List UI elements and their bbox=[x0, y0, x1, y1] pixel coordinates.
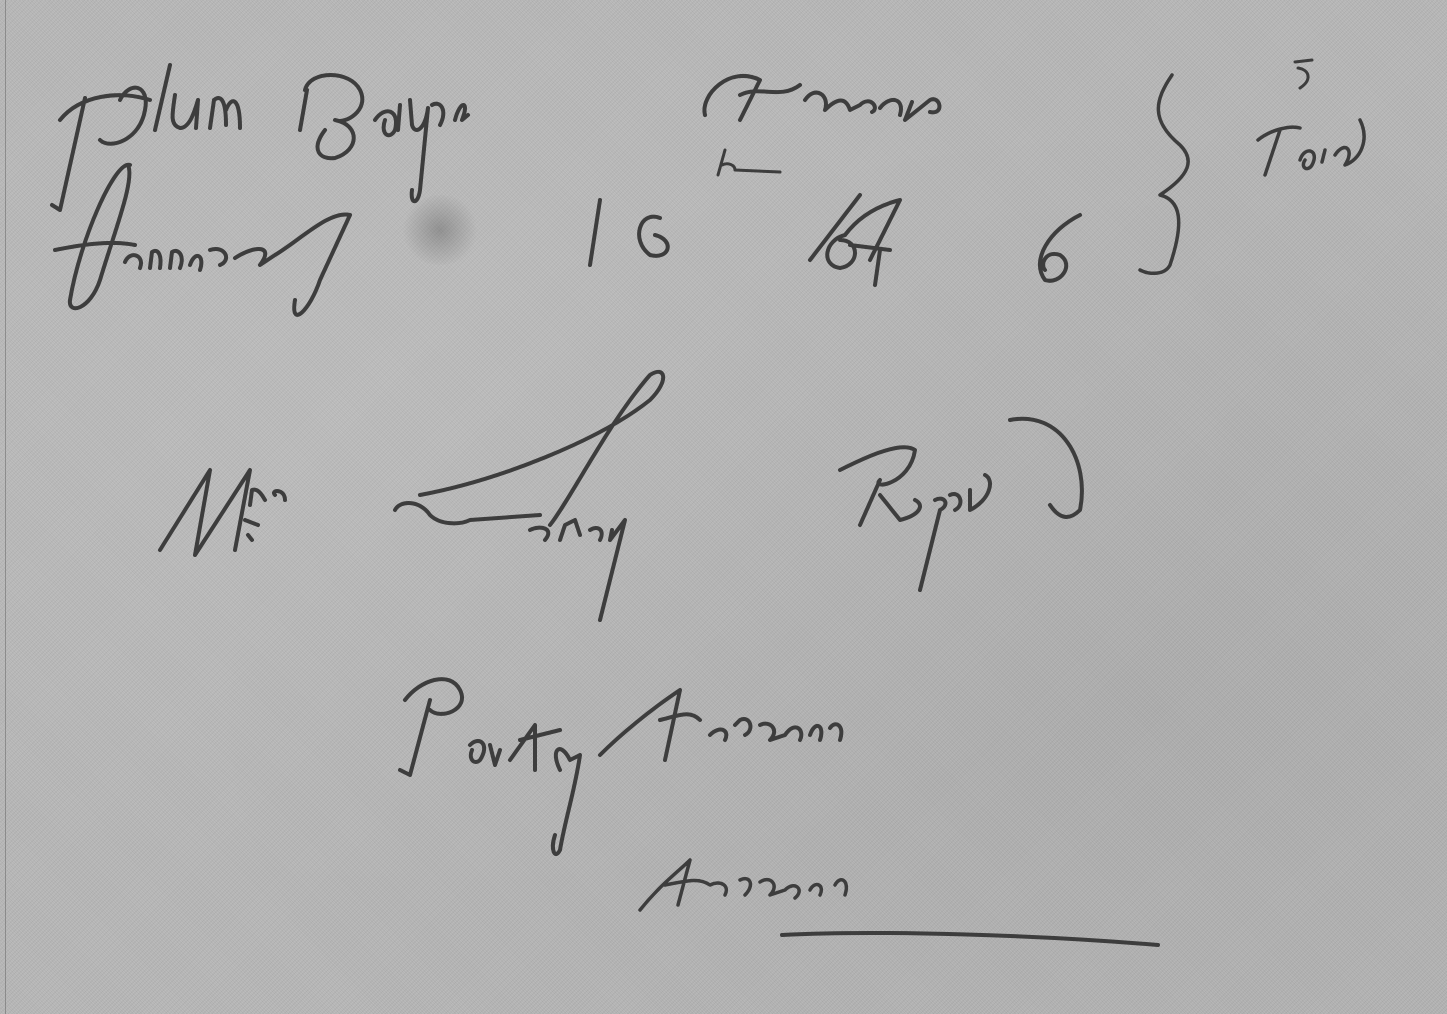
origin-line: Plum Bayou Arkansas bbox=[60, 70, 854, 154]
addressee-town: Port of Arkansas bbox=[400, 670, 1206, 782]
postage-rate: 5 bbox=[1292, 52, 1314, 92]
addressee-state: Arkansas bbox=[640, 855, 920, 925]
date-day: 16 bbox=[585, 190, 687, 283]
postage-paid: Paid bbox=[1255, 120, 1369, 180]
date-day-suffix: th bbox=[715, 145, 746, 180]
addressee-name: Mrs Loncy Refeld bbox=[160, 440, 1019, 552]
date-year: 1846 bbox=[810, 180, 1039, 285]
date-month: January bbox=[55, 190, 369, 283]
envelope-scan: Plum Bayou Arkansas January 16 th 1846 5… bbox=[0, 0, 1447, 1014]
